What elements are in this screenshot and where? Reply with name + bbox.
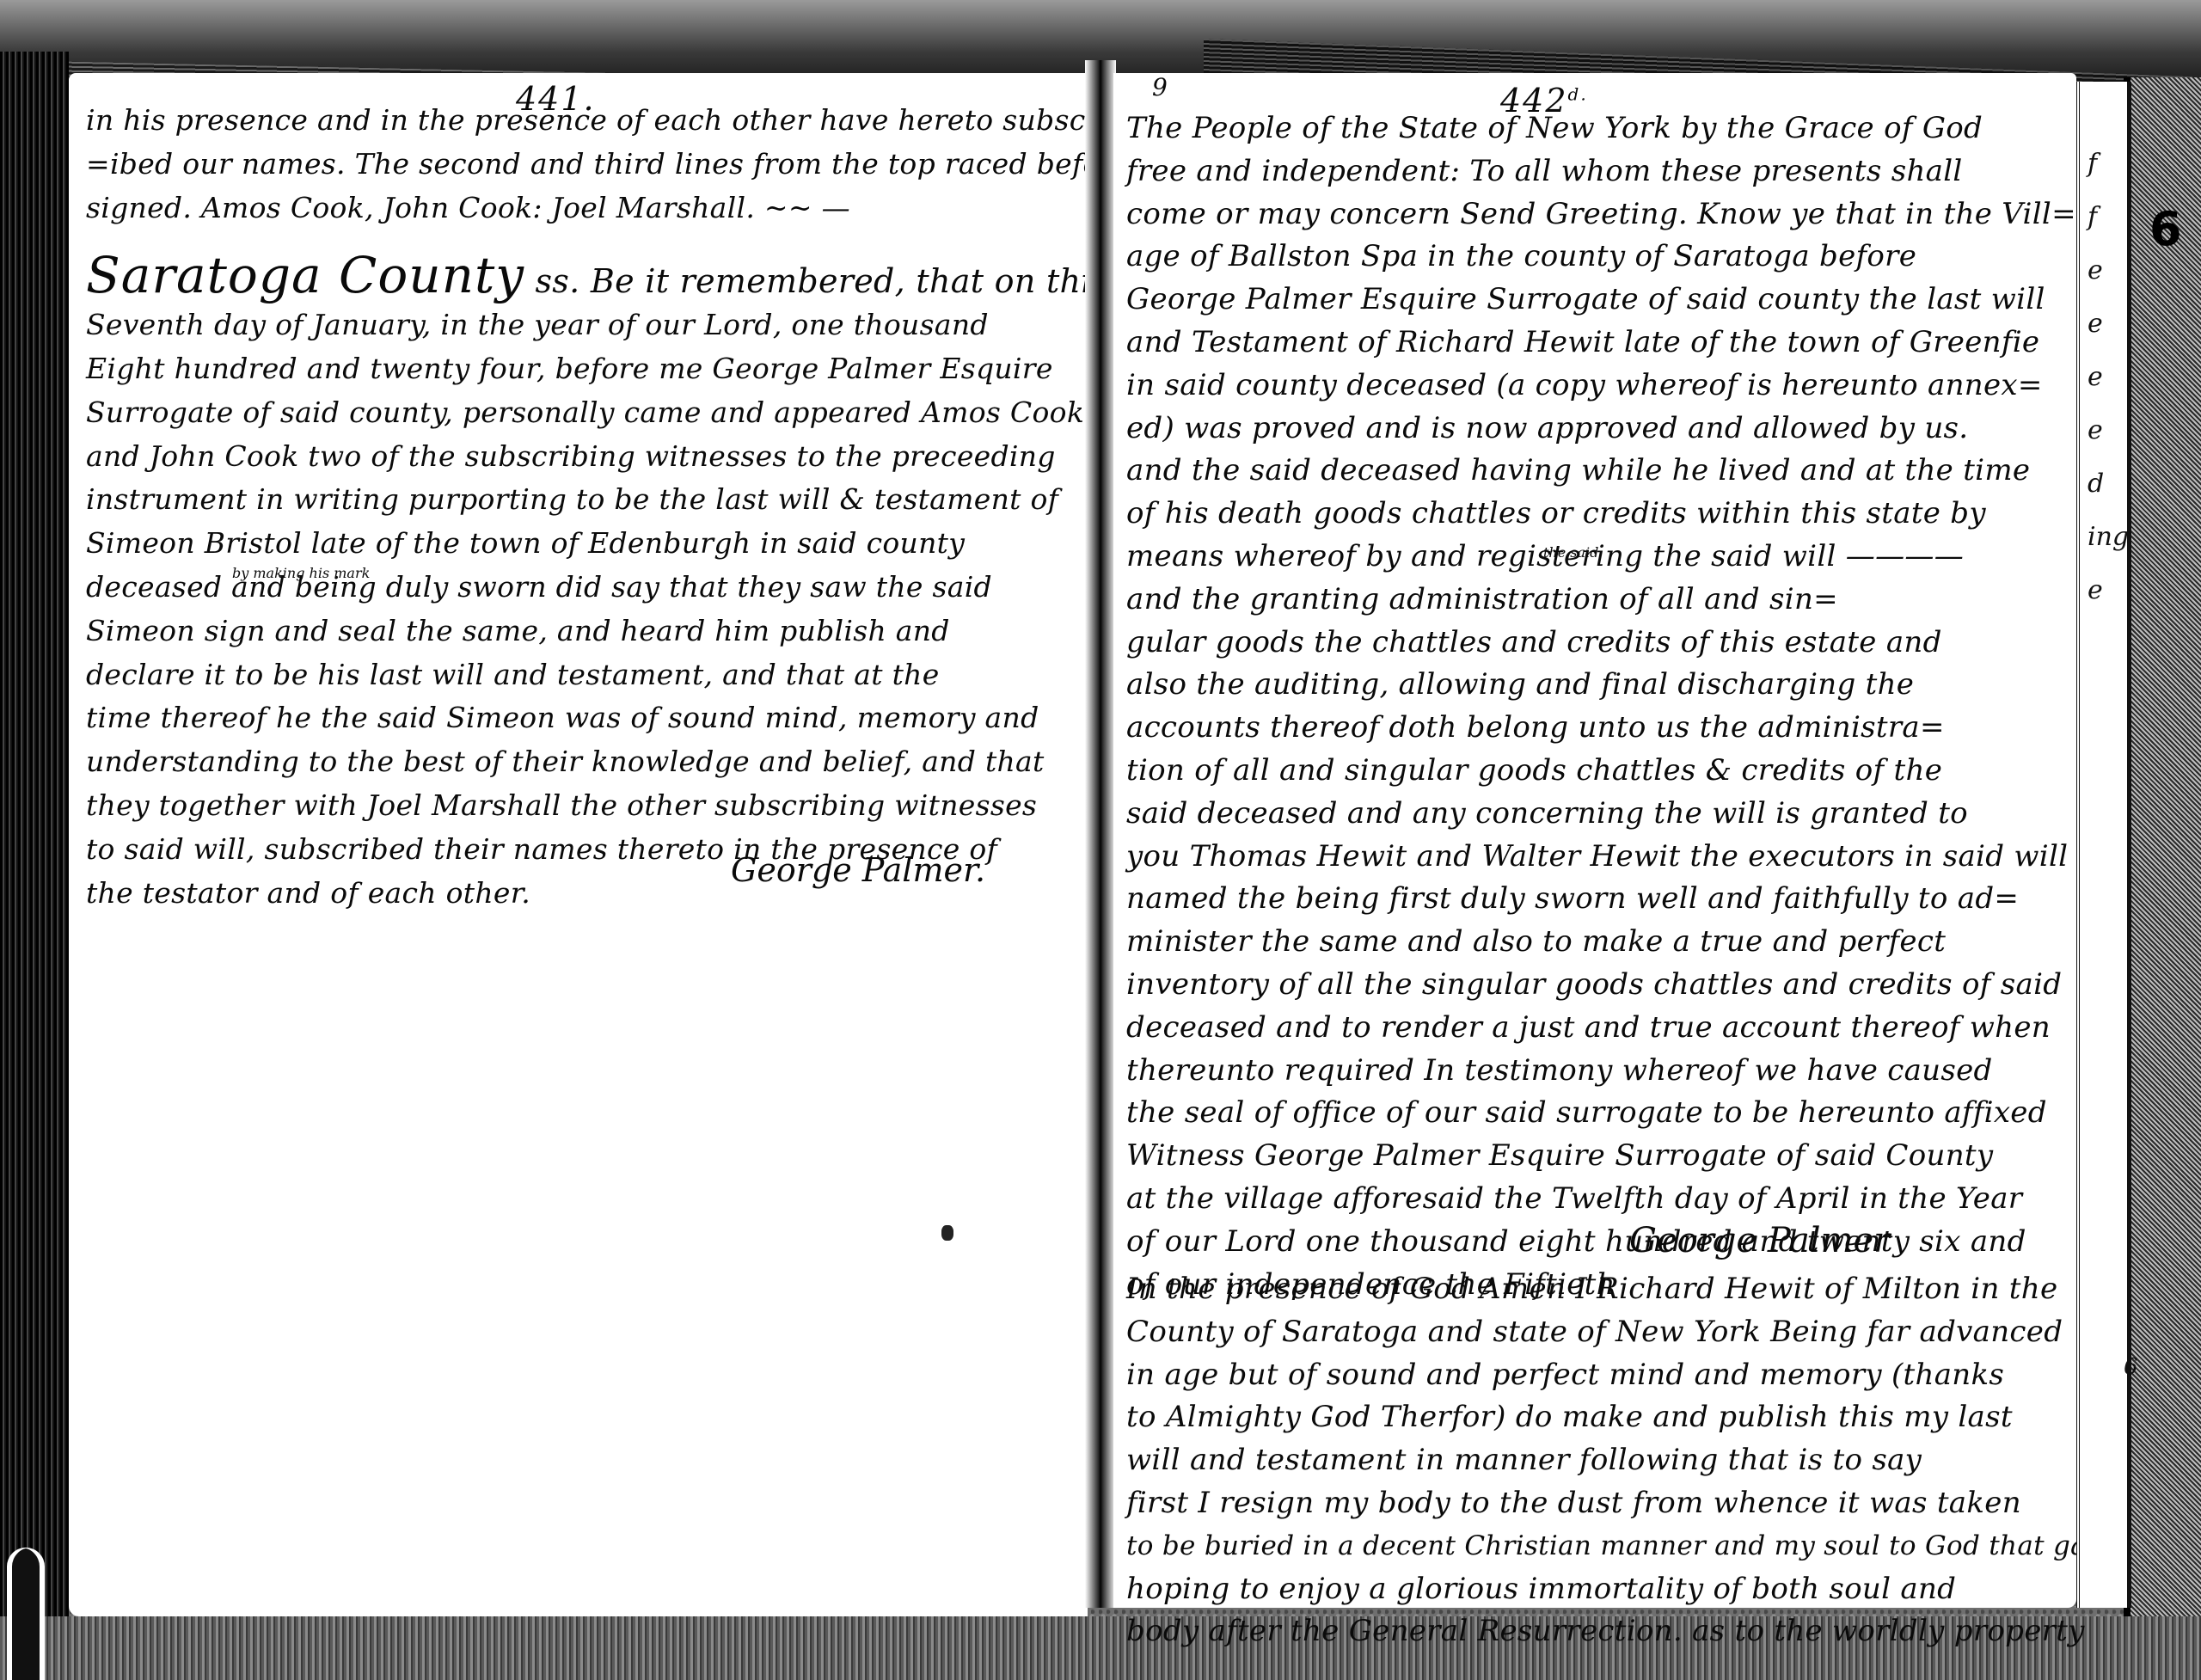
probate-heading: Saratoga County ss. Be it remembered, th…: [86, 254, 1066, 304]
text-line: ed) was proved and is now approved and a…: [1126, 408, 2063, 451]
text-line: inventory of all the singular goods chat…: [1126, 964, 2063, 1007]
book-cloth-spine-right: [2124, 77, 2201, 1616]
text-line: understanding to the best of their knowl…: [86, 740, 1066, 784]
text-line: to be buried in a decent Christian manne…: [1126, 1525, 2063, 1568]
will-text: In the presence of God Amen I Richard He…: [1126, 1268, 2063, 1653]
text-line: the seal of office of our said surrogate…: [1126, 1092, 2063, 1135]
text-line: In the presence of God Amen I Richard He…: [1126, 1268, 2063, 1311]
text-line: to Almighty God Therfor) do make and pub…: [1126, 1396, 2063, 1439]
text-line: tion of all and singular goods chattles …: [1126, 750, 2063, 793]
text-line: County of Saratoga and state of New York…: [1126, 1311, 2063, 1354]
text-line: Eight hundred and twenty four, before me…: [86, 347, 1066, 391]
margin-note: e: [2088, 404, 2122, 457]
margin-note: e: [2088, 351, 2122, 404]
text-line: thereunto required In testimony whereof …: [1126, 1050, 2063, 1093]
left-page-text: in his presence and in the presence of e…: [86, 99, 1066, 915]
ink-smudge: [941, 1225, 953, 1241]
margin-note: d: [2088, 457, 2122, 511]
text-line: and John Cook two of the subscribing wit…: [86, 435, 1066, 479]
text-line: accounts thereof doth belong unto us the…: [1126, 707, 2063, 750]
text-line: Surrogate of said county, personally cam…: [86, 391, 1066, 435]
margin-number: 6: [2124, 1354, 2138, 1380]
text-line: you Thomas Hewit and Walter Hewit the ex…: [1126, 836, 2063, 879]
text-line: in his presence and in the presence of e…: [86, 99, 1066, 143]
text-line: free and independent: To all whom these …: [1126, 150, 2063, 193]
text-line: of his death goods chattles or credits w…: [1126, 493, 2063, 536]
signature-george-palmer: George Palmer: [1629, 1221, 1890, 1260]
text-line: hoping to enjoy a glorious immortality o…: [1126, 1568, 2063, 1611]
text-line: in said county deceased (a copy whereof …: [1126, 365, 2063, 408]
letters-testamentary-text: The People of the State of New York by t…: [1126, 107, 2063, 1306]
interlineation: by making his mark: [232, 565, 370, 581]
text-line: Witness George Palmer Esquire Surrogate …: [1126, 1135, 2063, 1178]
text-line: signed. Amos Cook, John Cook: Joel Marsh…: [86, 187, 1066, 230]
text-line: named the being first duly sworn well an…: [1126, 878, 2063, 921]
left-page: 441. in his presence and in the presence…: [69, 73, 1088, 1616]
text-line: first I resign my body to the dust from …: [1126, 1482, 2063, 1525]
text-line: time thereof he the said Simeon was of s…: [86, 696, 1066, 740]
margin-note: f: [2088, 138, 2122, 191]
margin-note: e: [2088, 564, 2122, 617]
text-line: in age but of sound and perfect mind and…: [1126, 1354, 2063, 1397]
text-line: of our Lord one thousand eight hundred a…: [1126, 1221, 2063, 1264]
cover-volume-label: 6: [2149, 202, 2182, 256]
corner-mark: 9: [1152, 73, 1168, 101]
text-line: they together with Joel Marshall the oth…: [86, 784, 1066, 828]
text-line: gular goods the chattles and credits of …: [1126, 622, 2063, 665]
book-clip: [7, 1548, 45, 1680]
text-line: The People of the State of New York by t…: [1126, 107, 2063, 150]
text-line: will and testament in manner following t…: [1126, 1439, 2063, 1482]
county-heading: Saratoga County: [86, 246, 524, 304]
text-line: at the village afforesaid the Twelfth da…: [1126, 1178, 2063, 1221]
interlineation: the said: [1543, 544, 1598, 561]
text-line: Seventh day of January, in the year of o…: [86, 304, 1066, 347]
text-line: and the granting administration of all a…: [1126, 579, 2063, 622]
right-page: 442d. 9 The People of the State of New Y…: [1113, 73, 2076, 1608]
book-cover-left-side: [0, 52, 69, 1680]
text-line: minister the same and also to make a tru…: [1126, 921, 2063, 964]
margin-note: ing: [2088, 511, 2122, 564]
book-gutter: [1085, 60, 1116, 1608]
text-line: Simeon Bristol late of the town of Edenb…: [86, 522, 1066, 566]
text-line: George Palmer Esquire Surrogate of said …: [1126, 279, 2063, 322]
ss-abbreviation: ss.: [535, 262, 579, 300]
text-line: deceased and to render a just and true a…: [1126, 1007, 2063, 1050]
margin-notes: f f e e e e d ing e: [2088, 138, 2122, 617]
text-line: said deceased and any concerning the wil…: [1126, 793, 2063, 836]
signature-george-palmer: George Palmer.: [731, 851, 985, 889]
margin-note: f: [2088, 191, 2122, 244]
text-line: Simeon sign and seal the same, and heard…: [86, 610, 1066, 653]
text-line: =ibed our names. The second and third li…: [86, 143, 1066, 187]
margin-note: e: [2088, 297, 2122, 351]
text-line: age of Ballston Spa in the county of Sar…: [1126, 236, 2063, 279]
text-line: declare it to be his last will and testa…: [86, 653, 1066, 697]
margin-note: e: [2088, 244, 2122, 297]
text-line: come or may concern Send Greeting. Know …: [1126, 193, 2063, 236]
text-line: and the said deceased having while he li…: [1126, 450, 2063, 493]
text-line: also the auditing, allowing and final di…: [1126, 664, 2063, 707]
text-line: and Testament of Richard Hewit late of t…: [1126, 322, 2063, 365]
text-line: instrument in writing purporting to be t…: [86, 478, 1066, 522]
text-line: body after the General Resurrection. as …: [1126, 1610, 2063, 1653]
